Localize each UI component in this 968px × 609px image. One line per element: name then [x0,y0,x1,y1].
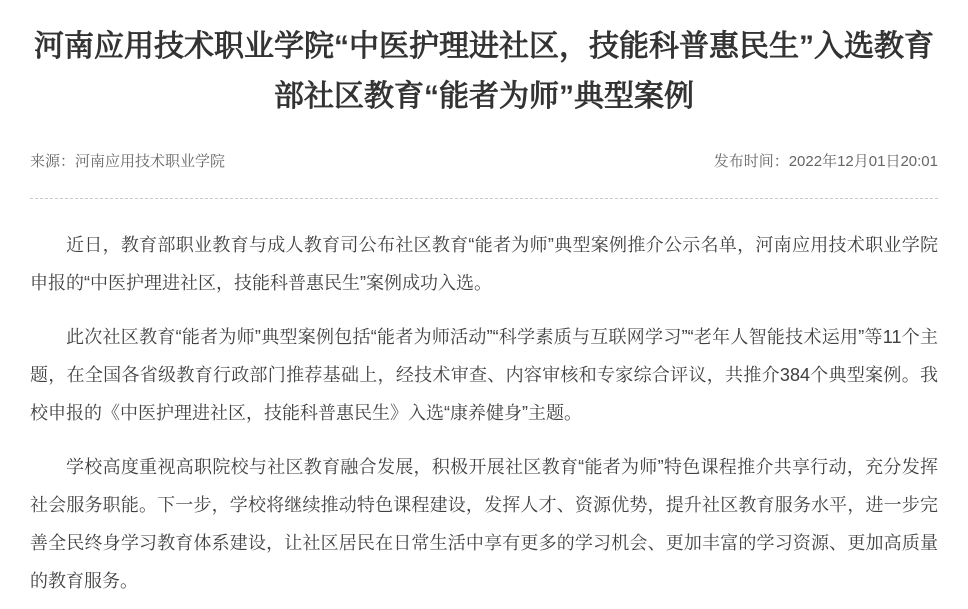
article-paragraph: 学校高度重视高职院校与社区教育融合发展，积极开展社区教育“能者为师”特色课程推介… [30,448,938,600]
source-label: 来源： [30,153,75,170]
article-paragraph: 此次社区教育“能者为师”典型案例包括“能者为师活动”“科学素质与互联网学习”“老… [30,318,938,432]
dashed-divider [30,198,938,199]
publish-time-label: 发布时间： [714,153,789,170]
source-value: 河南应用技术职业学院 [75,153,225,170]
article-paragraph: 近日，教育部职业教育与成人教育司公布社区教育“能者为师”典型案例推介公示名单，河… [30,226,938,302]
article-source: 来源：河南应用技术职业学院 [30,152,225,172]
article-meta: 来源：河南应用技术职业学院 发布时间：2022年12月01日20:01 [30,152,938,172]
publish-time: 发布时间：2022年12月01日20:01 [714,152,938,172]
publish-time-value: 2022年12月01日20:01 [789,153,938,170]
article-body: 近日，教育部职业教育与成人教育司公布社区教育“能者为师”典型案例推介公示名单，河… [30,226,938,600]
article-title: 河南应用技术职业学院“中医护理进社区，技能科普惠民生”入选教育部社区教育“能者为… [30,22,938,122]
article-page: 河南应用技术职业学院“中医护理进社区，技能科普惠民生”入选教育部社区教育“能者为… [0,22,968,600]
